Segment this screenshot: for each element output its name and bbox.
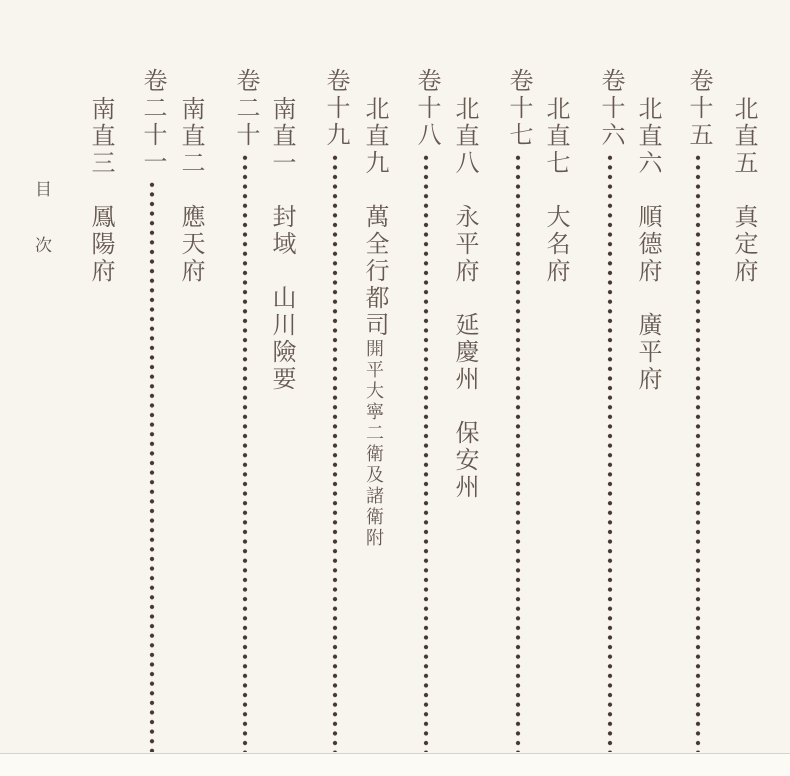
toc-title-text: 北直九 萬全行都司 <box>361 96 387 339</box>
toc-volume-label: 卷二十 <box>231 68 259 149</box>
toc-title-column: 北直八 永平府 延慶州 保安州 <box>450 96 478 501</box>
toc-title-column: 北直五 真定府 <box>729 96 757 285</box>
toc-title-column: 北直六 順德府 廣平府 <box>633 96 661 393</box>
toc-title-text: 南直一 封域 山川險要 <box>268 96 294 393</box>
toc-title-note: 開平大寧二衛及諸衛附 <box>364 339 384 549</box>
toc-title-column: 南直三 鳳陽府 <box>86 96 114 285</box>
toc-title-text: 南直三 鳳陽府 <box>87 96 113 285</box>
toc-volume-label: 卷十七 <box>504 68 532 149</box>
toc-title-text: 北直六 順德府 廣平府 <box>634 96 660 393</box>
toc-volume-label: 卷十九 <box>321 68 349 149</box>
toc-title-text: 南直二 應天府 <box>177 96 203 285</box>
toc-title-text: 北直五 真定府 <box>730 96 756 285</box>
toc-volume-column: 卷二十 <box>231 68 259 752</box>
toc-title-column: 南直一 封域 山川險要 <box>267 96 295 393</box>
toc-volume-label: 卷十八 <box>412 68 440 149</box>
toc-volume-column: 卷十七 <box>504 68 532 752</box>
page-bottom-edge <box>0 753 790 776</box>
toc-volume-label: 卷十六 <box>596 68 624 149</box>
toc-title-column: 南直二 應天府 <box>176 96 204 285</box>
page-heading-text: 目 次 <box>32 180 51 264</box>
toc-title-column: 北直九 萬全行都司開平大寧二衛及諸衛附 <box>360 96 388 549</box>
toc-volume-column: 卷十八 <box>412 68 440 752</box>
dotted-leader <box>515 153 521 752</box>
dotted-leader <box>607 153 613 752</box>
toc-title-text: 北直七 大名府 <box>542 96 568 285</box>
dotted-leader <box>149 180 155 752</box>
scanned-toc-page: { "page": { "heading": "目 次", "backgroun… <box>0 0 790 776</box>
toc-title-text: 北直八 永平府 延慶州 保安州 <box>451 96 477 501</box>
toc-volume-label: 卷十五 <box>684 68 712 149</box>
page-heading: 目 次 <box>30 180 52 264</box>
dotted-leader <box>332 153 338 752</box>
toc-volume-column: 卷二十一 <box>138 68 166 752</box>
toc-volume-column: 卷十五 <box>684 68 712 752</box>
toc-title-column: 北直七 大名府 <box>541 96 569 285</box>
dotted-leader <box>242 153 248 752</box>
toc-volume-column: 卷十九 <box>321 68 349 752</box>
toc-volume-label: 卷二十一 <box>138 68 166 176</box>
dotted-leader <box>423 153 429 752</box>
dotted-leader <box>695 153 701 752</box>
toc-volume-column: 卷十六 <box>596 68 624 752</box>
